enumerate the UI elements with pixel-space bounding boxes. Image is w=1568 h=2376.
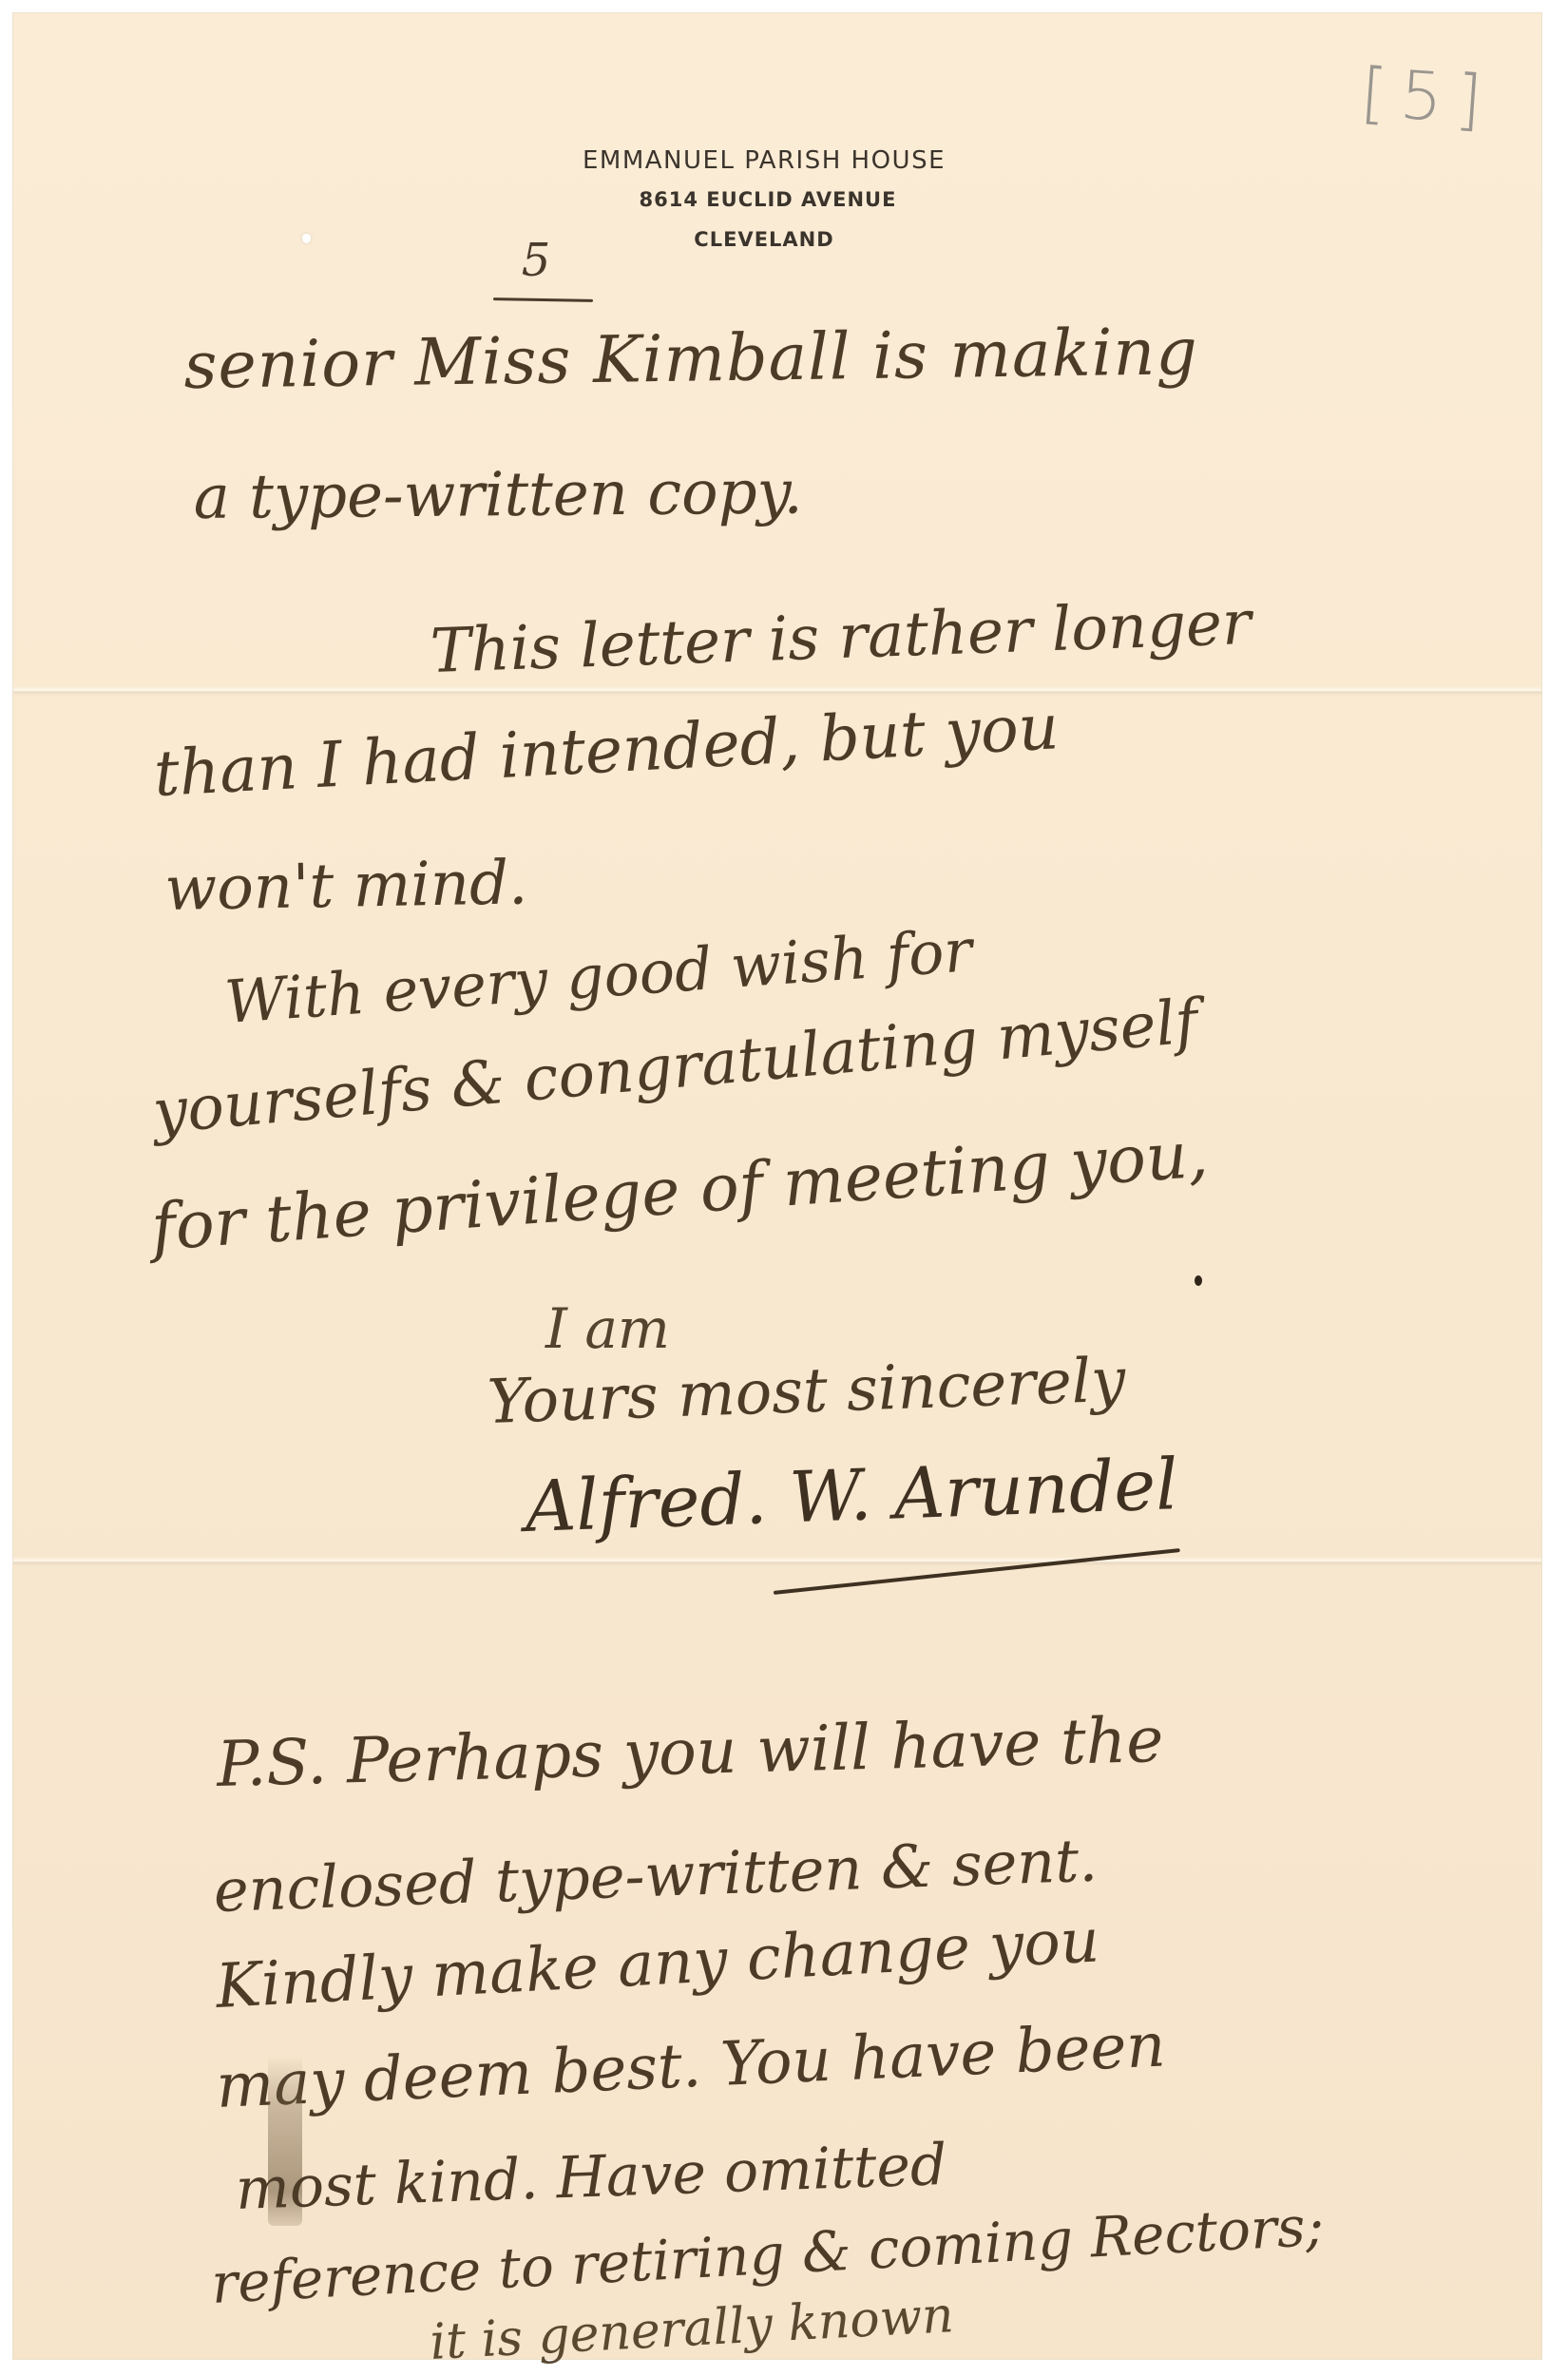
signature-flourish	[774, 1548, 1180, 1595]
letter-page: [5] EMMANUEL PARISH HOUSE 8614 EUCLID AV…	[13, 13, 1541, 2359]
postscript-line: enclosed type-written & sent.	[213, 1831, 1099, 1921]
page-number: 5	[488, 234, 583, 287]
letterhead-title: EMMANUEL PARISH HOUSE	[0, 146, 1528, 175]
closing-salutation: I am	[545, 1301, 670, 1356]
body-line: senior Miss Kimball is making	[183, 320, 1198, 399]
ink-dot	[1195, 1275, 1202, 1286]
body-line: won't mind.	[164, 853, 528, 920]
body-line: for the privilege of meeting you,	[149, 1122, 1210, 1261]
body-line: than I had intended, but you	[153, 696, 1061, 806]
closing-valediction: Yours most sincerely	[487, 1351, 1127, 1433]
letterhead-city: CLEVELAND	[0, 228, 1528, 251]
archive-page-mark: [5]	[1357, 35, 1507, 159]
body-line: This letter is rather longer	[430, 593, 1252, 682]
postscript-line: it is generally known	[429, 2290, 955, 2367]
letterhead-address: 8614 EUCLID AVENUE	[4, 188, 1532, 211]
paper-fold-line	[13, 1557, 1541, 1566]
page-number-underline	[493, 297, 593, 302]
postscript-line: may deem best. You have been	[215, 2015, 1166, 2117]
postscript-line: Kindly make any change you	[215, 1910, 1101, 2018]
signature: Alfred. W. Arundel	[524, 1449, 1178, 1542]
postscript-line: P.S. Perhaps you will have the	[216, 1709, 1164, 1796]
paper-fold-line	[13, 686, 1541, 696]
body-line: a type-written copy.	[193, 462, 802, 528]
postscript-line: most kind. Have omitted	[235, 2136, 947, 2218]
